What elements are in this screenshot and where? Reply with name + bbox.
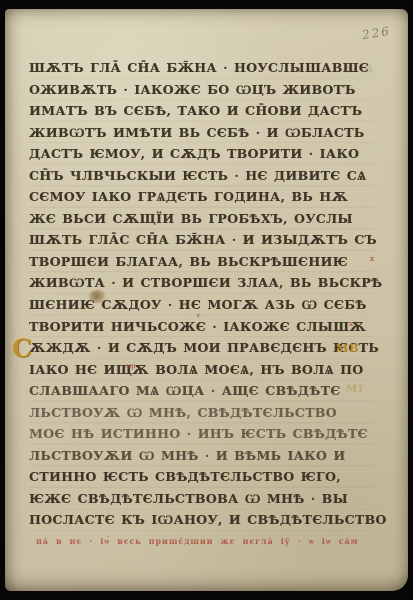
text-line: ЛЬСТВОУѪИ Ѡ МНѢ · И ВѢМЬ IАКО И [29,445,374,467]
text-line: ПОСЛАСТЄ КЪ ІѠАНОУ, И СВѢДѢТЄЛЬСТВО [29,509,374,531]
text-line: ѪЖДѪ · И СѪДЪ МОИ ПРАВЄДЄНЪ ѤСТЬ [29,337,374,359]
text-line: СЄМОУ IАКО ГРѦДЄТЬ ГОДИНА, ВЬ НѪ [29,186,374,208]
illuminated-initial: С [12,336,32,361]
text-line: ШЄНИѤ СѪДОУ · НЄ МОГѪ АЗЬ Ѡ СЄБѢ [29,294,374,316]
text-line: СТИННО ѤСТЬ СВѢДѢТЄЛЬСТВО ѤГО, [29,466,374,488]
text-line: СН̄Ъ ЧЛ̄ВЧЬСКЫИ ѤСТЬ · НЄ ДИВИТЄ СѦ [29,165,374,187]
text-line: ЖИВѠТА · И СТВОРШЄИ ЗЛАА, ВЬ ВЬСКРѢ [29,272,374,294]
folio-number: 226 [361,24,392,42]
margin-section-number-1: МВ̄ [336,341,359,356]
red-correction-mark: х [370,255,374,263]
text-line: ШѪТЪ ГЛА̄ СН̄А БЖ̄НА · НОУСЛЫШАВШЄ [29,57,374,79]
text-line: ЖЄ ВЬСИ СѪЩЇИ ВЬ ГРОБѢХЪ, ОУСЛЫ [29,208,374,230]
text-line: СЛАВШААГО МѦ ѠЦ̄А · АЩЄ СВѢДѢТЄ [29,380,374,402]
ink-stain [89,290,106,303]
red-correction-mark: х· [349,320,356,328]
parchment-page: 226 в а в ШѪТЪ ГЛА̄ СН̄А БЖ̄НА · НОУСЛЫШ… [5,9,408,591]
text-block: ШѪТЪ ГЛА̄ СН̄А БЖ̄НА · НОУСЛЫШАВШЄОЖИВѪТ… [29,57,374,531]
text-line: ЖИВѠТЪ ИМѢТИ ВЬ СЄБѢ · И ѠБЛАСТЬ [29,122,374,144]
text-line: ИМАТЪ ВЪ СЄБѢ, ТАКО И СН̄ОВИ ДАСТЪ [29,100,374,122]
text-line: ТВОРШЄИ БЛАГАА, ВЬ ВЬСКРѢШЄНИѤ [29,251,374,273]
red-correction-mark: є [197,312,201,320]
text-line: ѤЖЄ СВѢДѢТЄЛЬСТВОВА Ѡ МНѢ · ВЫ [29,488,374,510]
text-line: IАКО НЄ ИЩѪ ВОЛѦ МОЄѦ, НЪ ВОЛѦ ПО [29,359,374,381]
text-line: ТВОРИТИ НИЧЬСОЖЄ · IАКОЖЄ СЛЫШѪ [29,316,374,338]
red-correction-mark: мр [126,363,135,371]
margin-section-number-2: МГ̄ [346,383,366,397]
text-line: МОЄ НѢ ИСТИННО · ИНЪ ѤСТЬ СВѢДѢТЄ [29,423,374,445]
text-line: ДАСТЪ ѤМОУ, И СѪДЪ ТВОРИТИ · IАКО [29,143,374,165]
text-line: ШѪТЬ ГЛА̄С СН̄А БЖ̄НА · И ИЗЫДѪТЪ СЪ [29,229,374,251]
text-line: ЛЬСТВОУѪ Ѡ МНѢ, СВѢДѢТЄЛЬСТВО [29,402,374,424]
text-line: ОЖИВѪТЬ · IАКОЖЄ БО ѠЦ̄Ъ ЖИВОТЪ [29,79,374,101]
red-rubric-note: па́ в нє · іѡ́ вєсь пришє́дшии жє нєгла̀… [36,534,358,548]
